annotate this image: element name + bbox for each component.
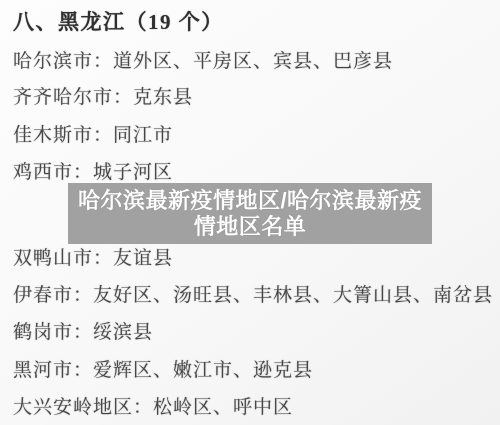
region-line-daxinganling: 大兴安岭地区：松岭区、呼中区 <box>13 397 293 418</box>
region-line-yichun: 伊春市：友好区、汤旺县、丰林县、大箐山县、南岔县 <box>13 285 493 306</box>
document-page: 八、黑龙江（19 个） 哈尔滨市：道外区、平房区、宾县、巴彦县 齐齐哈尔市：克东… <box>0 0 500 425</box>
region-line-qiqihar: 齐齐哈尔市：克东县 <box>13 87 193 108</box>
region-line-jixi: 鸡西市：城子河区 <box>13 162 173 183</box>
section-title: 八、黑龙江（19 个） <box>13 11 224 34</box>
caption-overlay: 哈尔滨最新疫情地区/哈尔滨最新疫 情地区名单 <box>68 183 432 244</box>
caption-line-1: 哈尔滨最新疫情地区/哈尔滨最新疫 <box>78 188 422 214</box>
caption-line-2: 情地区名单 <box>194 214 307 240</box>
region-line-jiamusi: 佳木斯市：同江市 <box>13 125 173 146</box>
region-line-hegang: 鹤岗市：绥滨县 <box>13 322 153 343</box>
region-line-harbin: 哈尔滨市：道外区、平房区、宾县、巴彦县 <box>13 51 393 72</box>
region-line-heihe: 黑河市：爱辉区、嫩江市、逊克县 <box>13 360 313 381</box>
region-line-shuangyashan: 双鸭山市：友谊县 <box>13 248 173 269</box>
